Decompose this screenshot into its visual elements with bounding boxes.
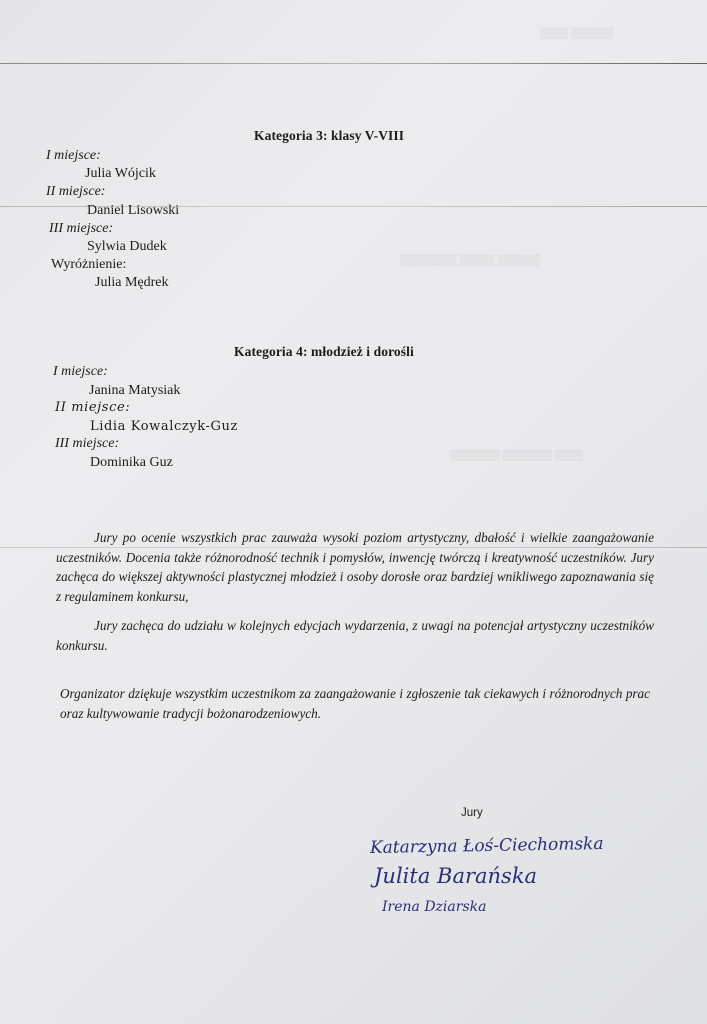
bleed-through-text: ▒▒▒▒▒▒▒▒ ▒▒▒▒▒ ▒▒▒▒▒▒	[400, 255, 540, 266]
award-place-label: II miejsce:	[46, 184, 105, 200]
paragraph-text: Jury zachęca do udziału w kolejnych edyc…	[56, 618, 654, 653]
category-4-title: Kategoria 4: młodzież i dorośli	[234, 344, 414, 360]
signature: Katarzyna Łoś-Ciechomska	[370, 834, 604, 858]
award-place-label: I miejsce:	[53, 364, 108, 380]
award-place-label: III miejsce:	[49, 221, 113, 237]
award-place-label: II miejsce:	[55, 400, 130, 415]
award-winner-name: Daniel Lisowski	[87, 203, 179, 219]
award-winner-name: Julia Mędrek	[95, 275, 168, 291]
bleed-through-text: ▒▒▒▒▒▒▒ ▒▒▒▒▒▒▒ ▒▒▒▒	[450, 450, 583, 461]
signature: Julita Barańska	[374, 864, 537, 888]
award-winner-name: Julia Wójcik	[85, 166, 156, 182]
signature: Irena Dziarska	[382, 899, 486, 915]
award-winner-name: Dominika Guz	[90, 455, 173, 471]
organizer-thanks-paragraph: Organizator dziękuje wszystkim uczestnik…	[60, 684, 650, 723]
award-winner-name: Lidia Kowalczyk-Guz	[90, 419, 238, 434]
award-place-label: Wyróżnienie:	[51, 257, 126, 273]
paper-fold-line	[0, 63, 707, 64]
jury-label: Jury	[461, 807, 483, 819]
award-place-label: III miejsce:	[55, 436, 119, 452]
jury-assessment-paragraph: Jury po ocenie wszystkich prac zauważa w…	[56, 528, 654, 606]
award-winner-name: Janina Matysiak	[89, 383, 180, 399]
paragraph-text: Jury po ocenie wszystkich prac zauważa w…	[56, 530, 654, 604]
category-3-title: Kategoria 3: klasy V-VIII	[254, 128, 404, 144]
bleed-through-text: ▒▒▒▒ ▒▒▒▒▒▒	[540, 28, 614, 39]
award-place-label: I miejsce:	[46, 148, 101, 164]
paragraph-text: Organizator dziękuje wszystkim uczestnik…	[60, 686, 650, 721]
award-winner-name: Sylwia Dudek	[87, 239, 167, 255]
jury-encouragement-paragraph: Jury zachęca do udziału w kolejnych edyc…	[56, 616, 654, 655]
